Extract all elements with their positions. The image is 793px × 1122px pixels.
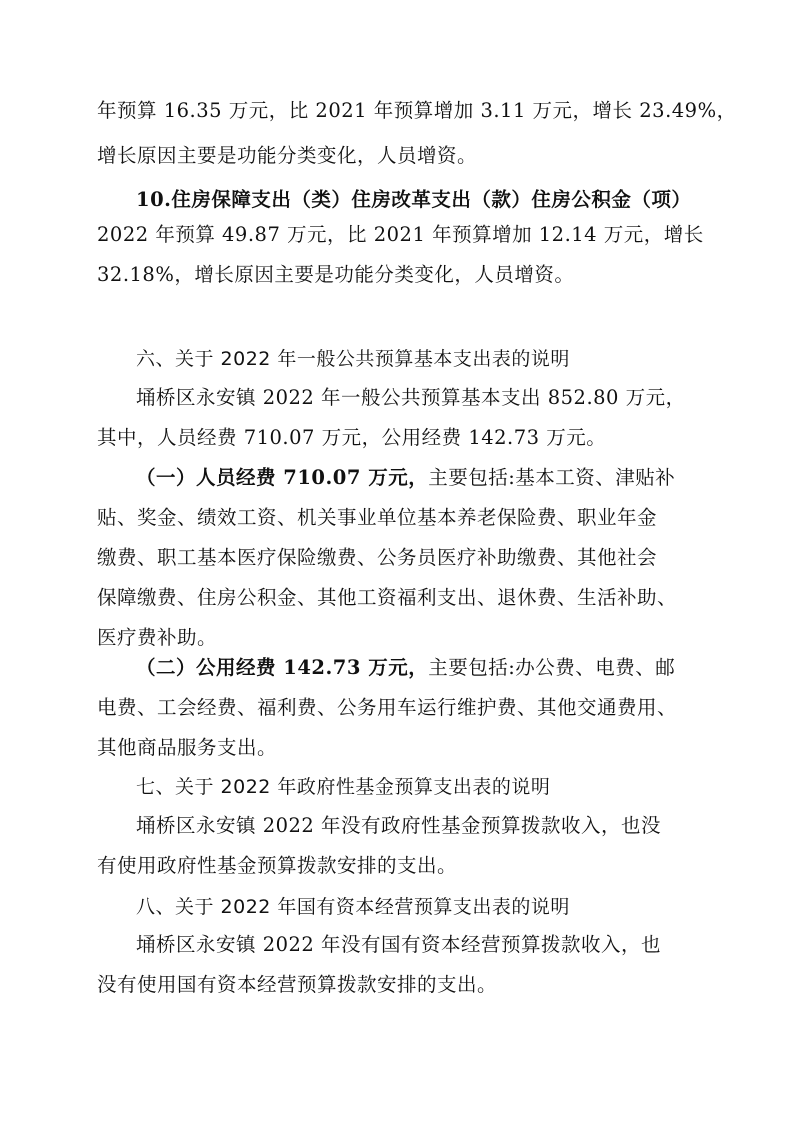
subsection-title: （一）人员经费 710.07 万元， xyxy=(136,466,428,489)
paragraph-line: 2022 年预算 49.87 万元，比 2021 年预算增加 12.14 万元，… xyxy=(97,222,704,248)
paragraph-line: 其他商品服务支出。 xyxy=(97,735,277,761)
paragraph-line: 缴费、职工基本医疗保险缴费、公务员医疗补助缴费、其他社会 xyxy=(97,545,657,571)
paragraph-line: 32.18%，增长原因主要是功能分类变化，人员增资。 xyxy=(97,262,574,288)
paragraph-line: 电费、工会经费、福利费、公务用车运行维护费、其他交通费用、 xyxy=(97,695,677,721)
subsection-title: （二）公用经费 142.73 万元， xyxy=(136,656,428,679)
item-heading: 10.住房保障支出（类）住房改革支出（款）住房公积金（项） xyxy=(136,187,691,213)
paragraph-line: 年预算 16.35 万元，比 2021 年预算增加 3.11 万元，增长 23.… xyxy=(97,98,737,124)
paragraph-line: 增长原因主要是功能分类变化，人员增资。 xyxy=(97,143,477,169)
paragraph-line: 贴、奖金、绩效工资、机关事业单位基本养老保险费、职业年金 xyxy=(97,505,657,531)
paragraph-line: 医疗费补助。 xyxy=(97,625,217,651)
section-heading-7: 七、关于 2022 年政府性基金预算支出表的说明 xyxy=(136,774,550,800)
paragraph-line: 保障缴费、住房公积金、其他工资福利支出、退休费、生活补助、 xyxy=(97,585,677,611)
subsection-text: 主要包括:基本工资、津贴补 xyxy=(428,466,675,489)
paragraph-line: 埇桥区永安镇 2022 年一般公共预算基本支出 852.80 万元， xyxy=(136,385,686,411)
subsection-text: 主要包括:办公费、电费、邮 xyxy=(428,656,675,679)
paragraph-line: 其中，人员经费 710.07 万元，公用经费 142.73 万元。 xyxy=(97,425,606,451)
paragraph-line: 有使用政府性基金预算拨款安排的支出。 xyxy=(97,853,457,879)
paragraph-line: 没有使用国有资本经营预算拨款安排的支出。 xyxy=(97,972,497,998)
section-heading-6: 六、关于 2022 年一般公共预算基本支出表的说明 xyxy=(136,346,570,372)
paragraph-line: 埇桥区永安镇 2022 年没有政府性基金预算拨款收入，也没 xyxy=(136,813,661,839)
subsection-public: （二）公用经费 142.73 万元，主要包括:办公费、电费、邮 xyxy=(136,655,675,681)
section-heading-8: 八、关于 2022 年国有资本经营预算支出表的说明 xyxy=(136,894,570,920)
subsection-personnel: （一）人员经费 710.07 万元，主要包括:基本工资、津贴补 xyxy=(136,465,675,491)
paragraph-line: 埇桥区永安镇 2022 年没有国有资本经营预算拨款收入，也 xyxy=(136,932,661,958)
